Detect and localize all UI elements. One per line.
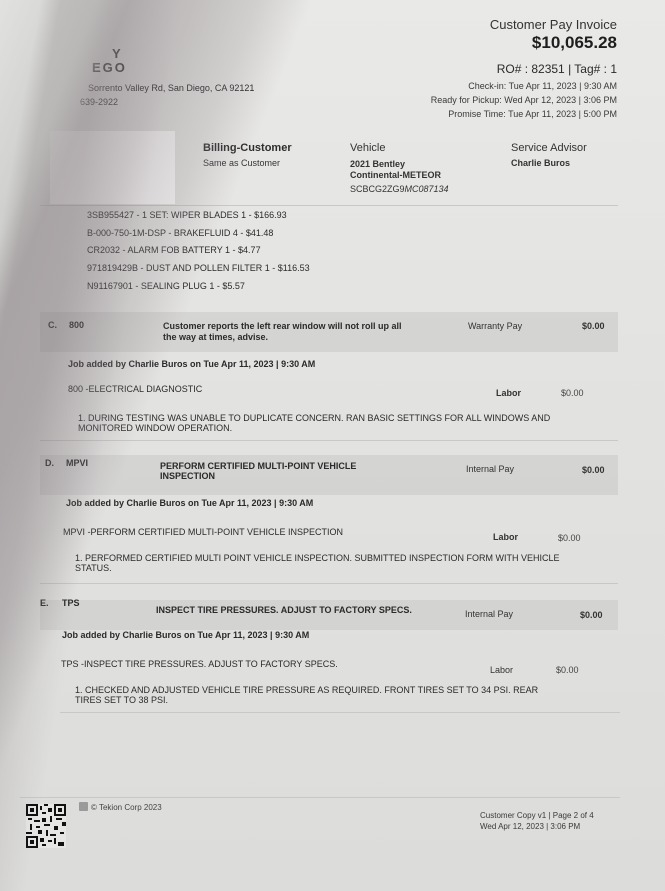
qr-code-icon (26, 804, 66, 848)
job-added-by: Job added by Charlie Buros on Tue Apr 11… (66, 498, 313, 508)
vehicle-heading: Vehicle (350, 142, 385, 154)
dealer-name-line2: EGO (92, 60, 127, 76)
operation-line: 800 -ELECTRICAL DIAGNOSTIC (68, 384, 202, 394)
ready-for-pickup-time: Ready for Pickup: Wed Apr 12, 2023 | 3:0… (431, 95, 617, 105)
part-line: N91167901 - SEALING PLUG 1 - $5.57 (87, 281, 245, 291)
divider (40, 583, 618, 584)
job-added-by: Job added by Charlie Buros on Tue Apr 11… (68, 359, 315, 369)
technician-note: 1. DURING TESTING WAS UNABLE TO DUPLICAT… (78, 413, 598, 433)
operation-line: MPVI -PERFORM CERTIFIED MULTI-POINT VEHI… (63, 527, 343, 537)
operation-type: Labor (496, 388, 521, 398)
job-added-by: Job added by Charlie Buros on Tue Apr 11… (62, 630, 309, 640)
job-code: MPVI (66, 458, 88, 468)
operation-type: Labor (493, 532, 518, 542)
divider (60, 712, 620, 713)
job-description-line1: INSPECT TIRE PRESSURES. ADJUST TO FACTOR… (156, 605, 412, 616)
job-code: 800 (69, 320, 84, 330)
invoice-page: Y EGO Sorrento Valley Rd, San Diego, CA … (0, 0, 665, 891)
redacted-customer-info (50, 131, 175, 204)
divider (40, 440, 618, 441)
job-pay-type: Internal Pay (465, 609, 513, 619)
dealer-phone: 639-2922 (80, 97, 118, 107)
copy-page-number: Customer Copy v1 | Page 2 of 4 (480, 810, 594, 821)
job-amount: $0.00 (582, 465, 605, 475)
advisor-name: Charlie Buros (511, 157, 570, 169)
invoice-total: $10,065.28 (532, 33, 617, 53)
job-amount: $0.00 (580, 610, 603, 620)
note-line1: 1. DURING TESTING WAS UNABLE TO DUPLICAT… (78, 413, 598, 423)
check-in-time: Check-in: Tue Apr 11, 2023 | 9:30 AM (468, 81, 617, 91)
vin-suffix: MC087134 (405, 184, 449, 194)
job-description-line2: INSPECTION (160, 471, 215, 482)
job-pay-type: Warranty Pay (468, 321, 522, 331)
note-line1: 1. CHECKED AND ADJUSTED VEHICLE TIRE PRE… (75, 685, 595, 695)
part-line: CR2032 - ALARM FOB BATTERY 1 - $4.77 (87, 245, 261, 255)
advisor-heading: Service Advisor (511, 142, 587, 154)
operation-type: Labor (490, 665, 513, 675)
dealer-address: Sorrento Valley Rd, San Diego, CA 92121 (88, 83, 254, 93)
operation-amount: $0.00 (556, 665, 579, 675)
billing-heading: Billing-Customer (203, 142, 292, 154)
footer-page-info: Customer Copy v1 | Page 2 of 4 Wed Apr 1… (480, 810, 594, 832)
part-line: B-000-750-1M-DSP - BRAKEFLUID 4 - $41.48 (87, 228, 273, 238)
vehicle-vin: SCBCG2ZG9MC087134 (350, 183, 449, 195)
job-letter: D. (45, 458, 54, 468)
footer-copyright: © Tekion Corp 2023 (79, 802, 162, 812)
operation-amount: $0.00 (561, 388, 584, 398)
job-letter: C. (48, 320, 57, 330)
vin-prefix: SCBCG2ZG9 (350, 184, 405, 194)
operation-line: TPS -INSPECT TIRE PRESSURES. ADJUST TO F… (61, 659, 338, 669)
technician-note: 1. CHECKED AND ADJUSTED VEHICLE TIRE PRE… (75, 685, 595, 705)
part-line: 3SB955427 - 1 SET: WIPER BLADES 1 - $166… (87, 210, 287, 220)
job-amount: $0.00 (582, 321, 605, 331)
part-line: 971819429B - DUST AND POLLEN FILTER 1 - … (87, 263, 310, 273)
footer-divider (20, 797, 620, 798)
job-description-line1: Customer reports the left rear window wi… (163, 321, 402, 332)
promise-time: Promise Time: Tue Apr 11, 2023 | 5:00 PM (448, 109, 617, 119)
divider (40, 205, 618, 206)
job-pay-type: Internal Pay (466, 464, 514, 474)
technician-note: 1. PERFORMED CERTIFIED MULTI POINT VEHIC… (75, 553, 595, 573)
note-line2: STATUS. (75, 563, 595, 573)
operation-amount: $0.00 (558, 533, 581, 543)
billing-value: Same as Customer (203, 157, 280, 169)
job-letter: E. (40, 598, 49, 608)
vehicle-model: Continental-METEOR (350, 169, 441, 181)
printed-timestamp: Wed Apr 12, 2023 | 3:06 PM (480, 821, 594, 832)
invoice-title: Customer Pay Invoice (490, 17, 617, 32)
note-line2: MONITORED WINDOW OPERATION. (78, 423, 598, 433)
note-line1: 1. PERFORMED CERTIFIED MULTI POINT VEHIC… (75, 553, 595, 563)
copyright-text: © Tekion Corp 2023 (91, 803, 162, 812)
note-line2: TIRES SET TO 38 PSI. (75, 695, 595, 705)
job-header-c (40, 312, 618, 352)
ro-tag-number: RO# : 82351 | Tag# : 1 (497, 62, 617, 76)
tekion-logo-icon (79, 802, 88, 811)
job-code: TPS (62, 598, 80, 608)
job-description-line2: the way at times, advise. (163, 332, 268, 343)
